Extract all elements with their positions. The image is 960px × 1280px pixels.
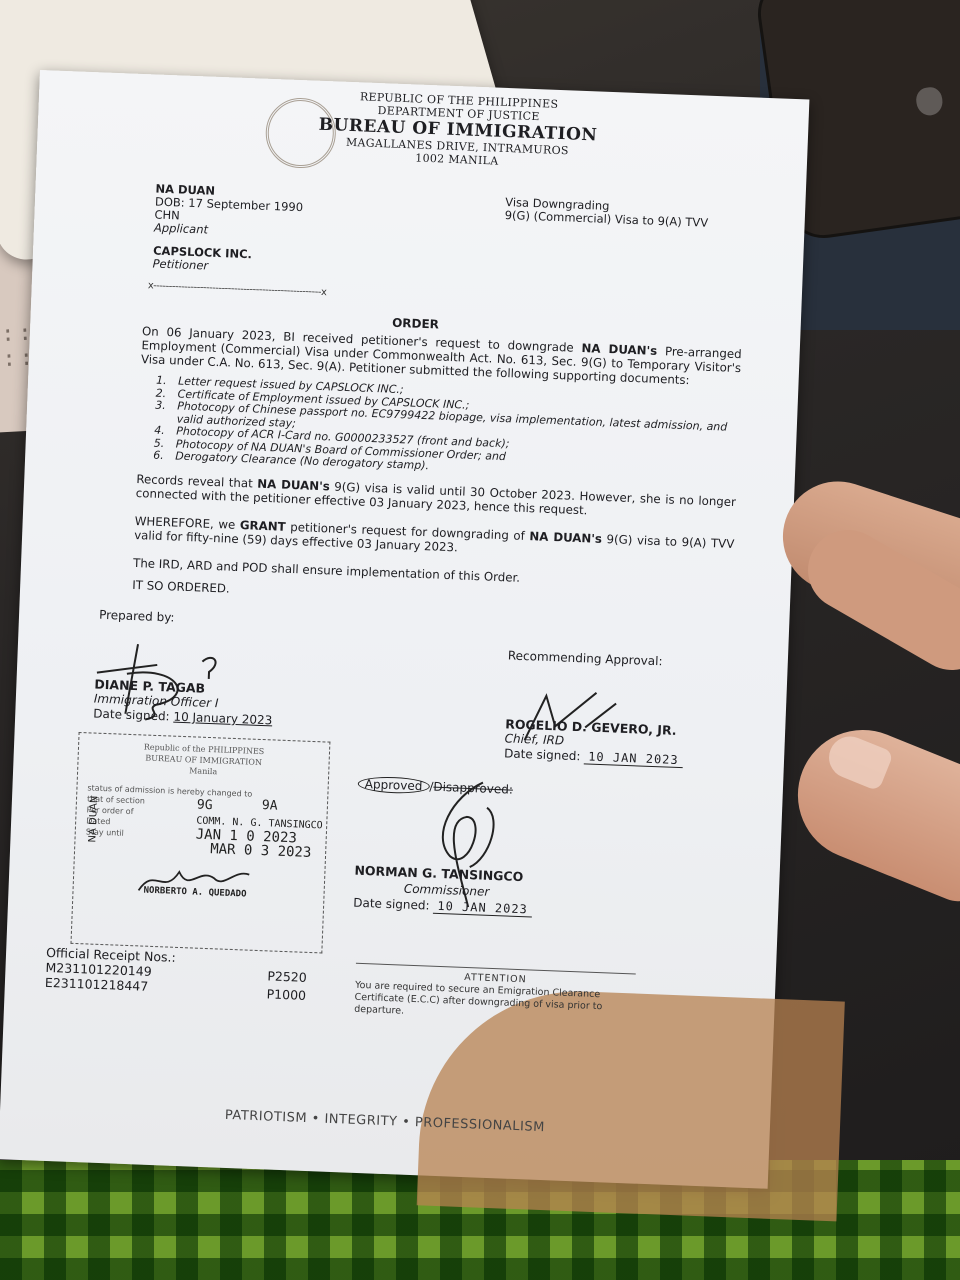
supporting-documents-list: 1.Letter request issued by CAPSLOCK INC.… xyxy=(153,375,746,485)
signature-quedado xyxy=(133,860,254,905)
stamp-to-visa: 9A xyxy=(262,800,278,812)
stamp-stay-until: MAR 0 3 2023 xyxy=(210,844,312,859)
stamp-from-visa: 9G xyxy=(197,800,213,812)
commissioner-block: NORMAN G. TANSINGCO Commissioner Date si… xyxy=(353,863,533,918)
official-receipts: Official Receipt Nos.: M231101220149 E23… xyxy=(45,945,176,995)
attention-notice: ATTENTION You are required to secure an … xyxy=(354,963,636,1027)
wherefore-paragraph: WHEREFORE, we GRANT petitioner's request… xyxy=(134,514,735,565)
apple-logo-icon xyxy=(915,86,945,117)
receipt-amount: P1000 xyxy=(266,985,306,1004)
receipt-amount: P2520 xyxy=(267,967,307,986)
applicant-block: NA DUAN DOB: 17 September 1990 CHN Appli… xyxy=(154,183,304,241)
subject-block: Visa Downgrading 9(G) (Commercial) Visa … xyxy=(505,196,709,230)
receipt-amounts: P2520 P1000 xyxy=(266,967,307,1004)
prepared-by-block: DIANE P. TAGAB Immigration Officer I Dat… xyxy=(93,677,274,729)
petitioner-block: CAPSLOCK INC. Petitioner xyxy=(152,244,252,274)
recommending-approval-label: Recommending Approval: xyxy=(508,648,663,668)
prepared-by-label: Prepared by: xyxy=(99,608,175,625)
thumbnail xyxy=(823,730,894,791)
stamp-margin-name: NA DUAN xyxy=(87,795,100,842)
immigration-order-document: REPUBLIC OF THE PHILIPPINES DEPARTMENT O… xyxy=(0,70,809,1189)
letterhead: REPUBLIC OF THE PHILIPPINES DEPARTMENT O… xyxy=(307,88,610,171)
immigration-stamp: Republic of the PHILIPPINES BUREAU OF IM… xyxy=(70,732,330,954)
separator-line: x---------------------------------------… xyxy=(148,280,327,298)
recommending-block: ROGELIO D. GEVERO, JR. Chief, IRD Date s… xyxy=(504,716,684,768)
